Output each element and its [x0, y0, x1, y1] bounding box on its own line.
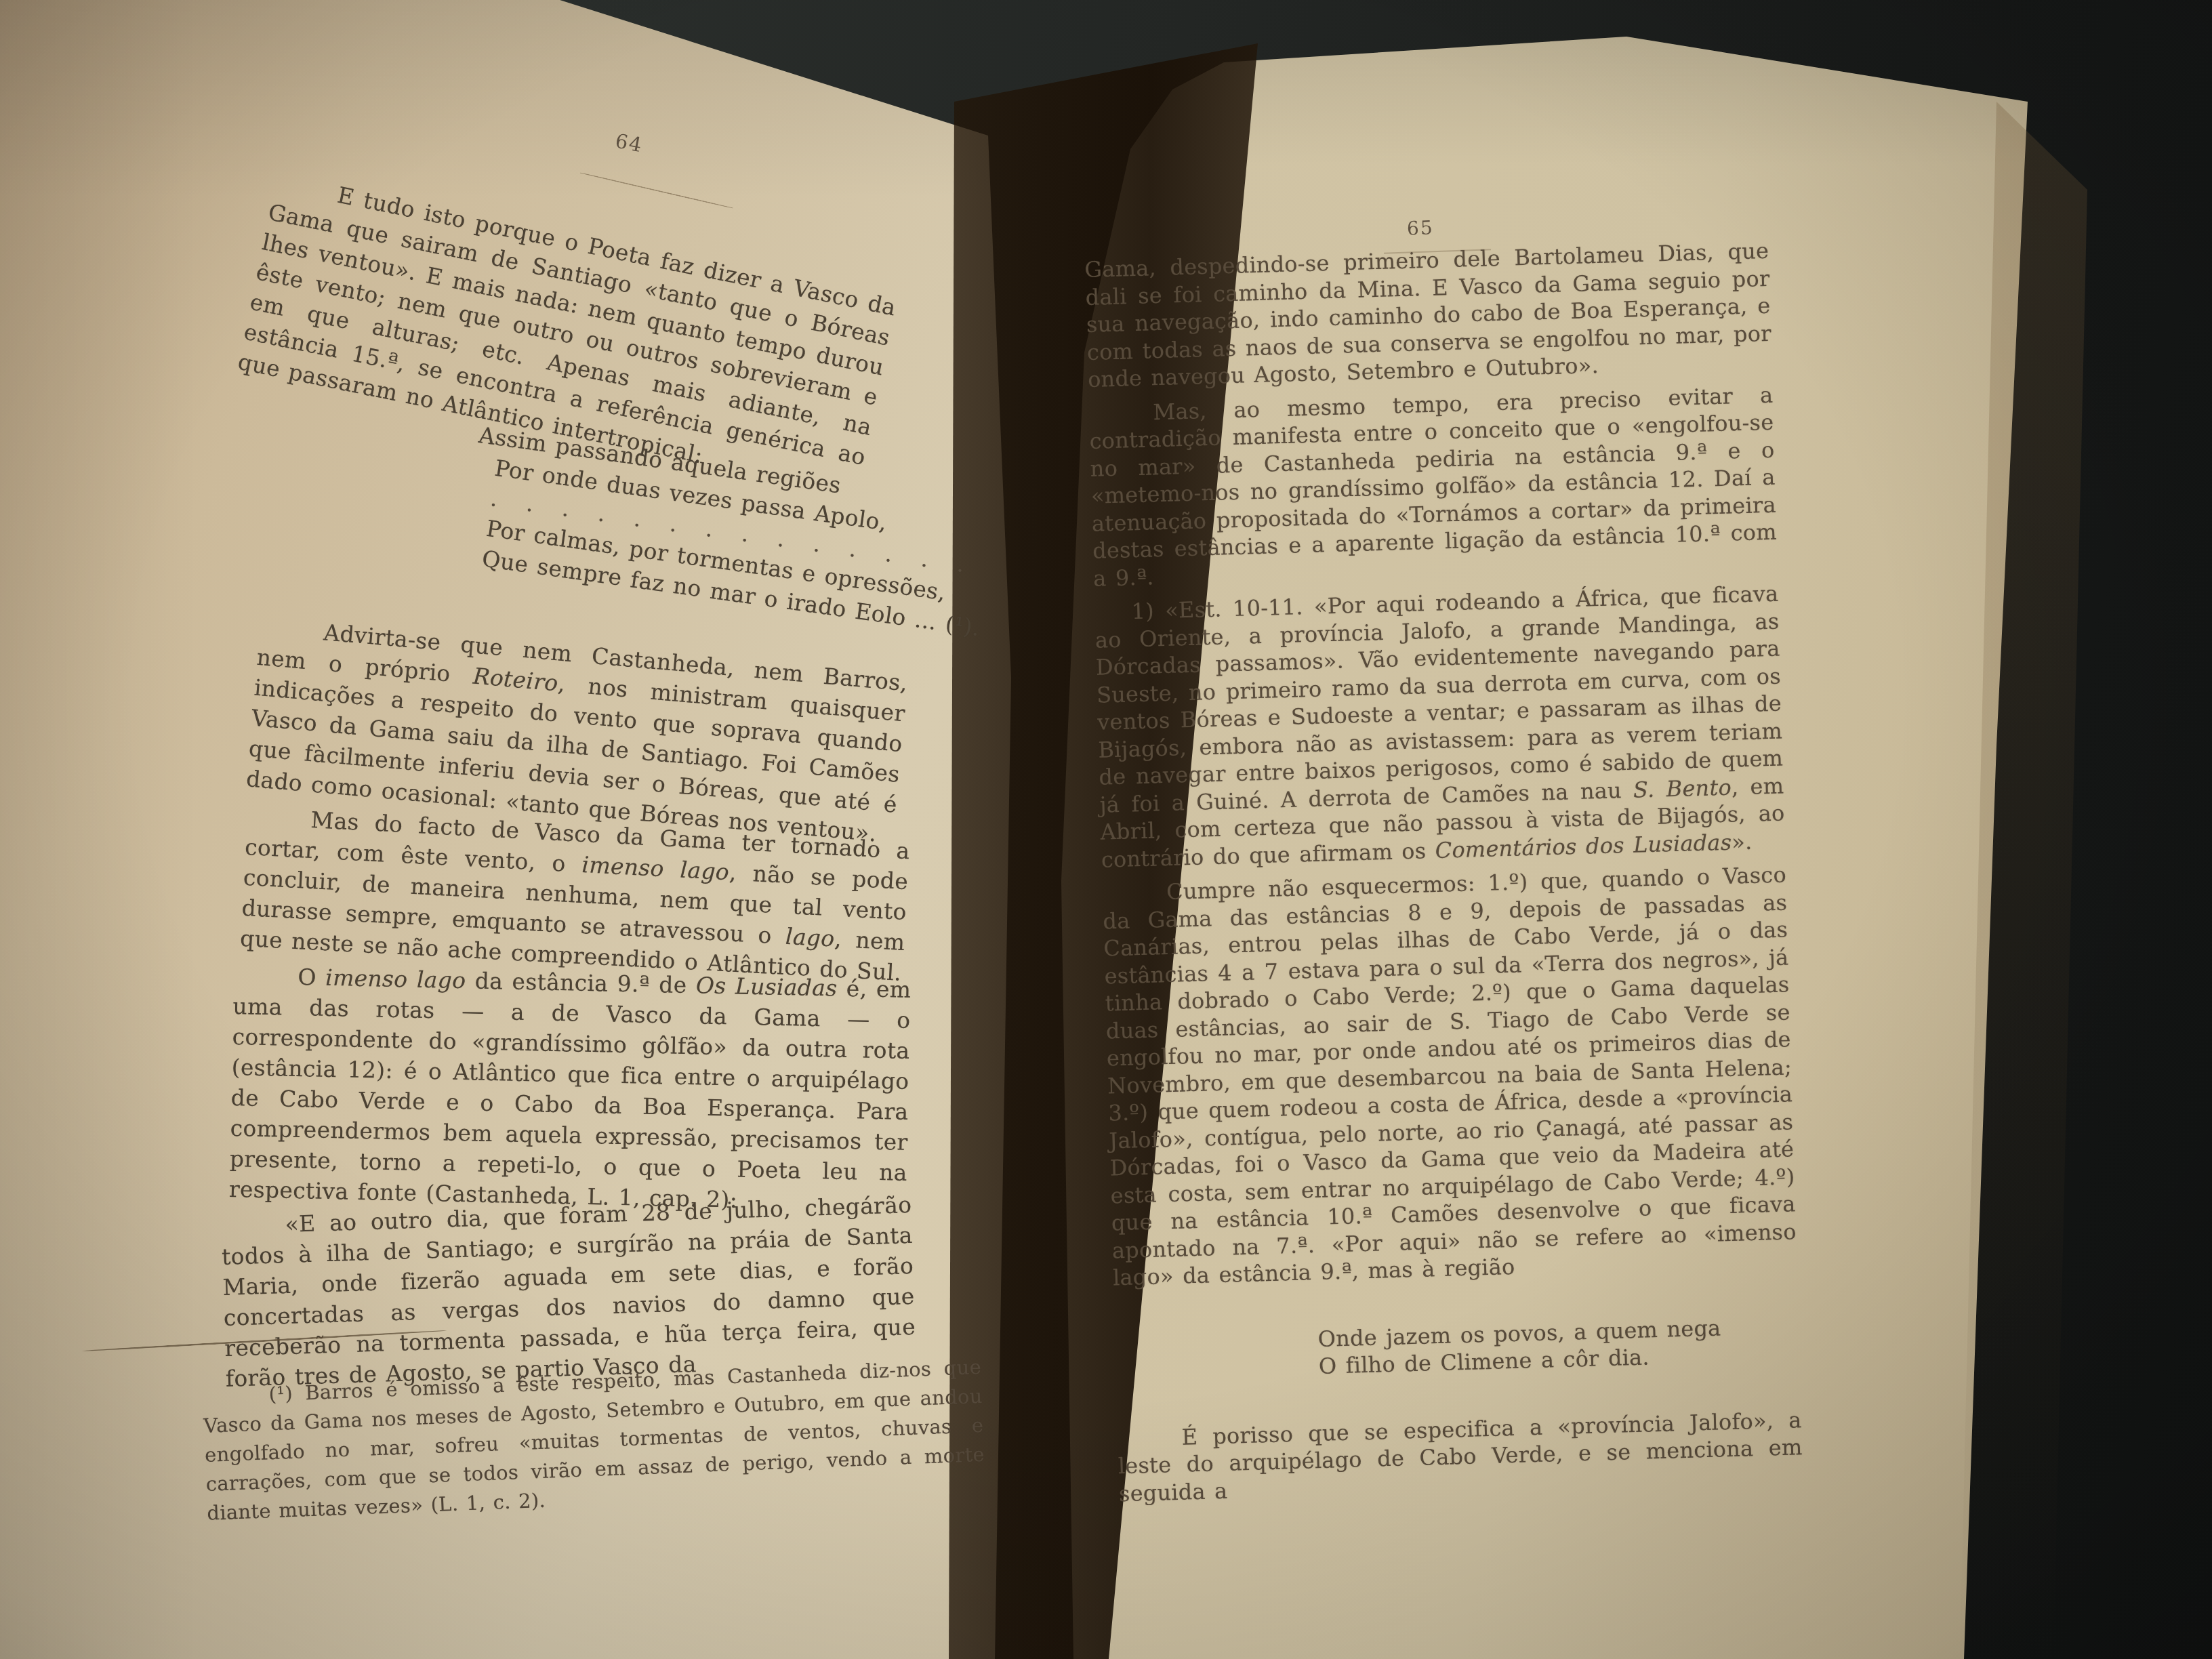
- footnote: (¹) Barros é omisso a êste respeito, mas…: [202, 1353, 986, 1528]
- paragraph: Mas, ao mesmo tempo, era preciso evitar …: [1088, 381, 1778, 592]
- paragraph: O imenso lago da estância 9.ª de Os Lusi…: [228, 960, 911, 1218]
- paragraph: 1) «Est. 10-11. «Por aqui rodeando a Áfr…: [1094, 580, 1786, 874]
- book-photo: 64 65 E tudo isto porque o Poeta faz diz…: [0, 0, 2212, 1659]
- paragraph: Gama, despedindo-se primeiro dele Bartol…: [1084, 237, 1772, 394]
- left-page-text: E tudo isto porque o Poeta faz dizer a V…: [220, 167, 912, 1401]
- paragraph: Cumpre não esquecermos: 1.º) que, quando…: [1102, 861, 1798, 1291]
- page-number-right: 65: [1406, 216, 1434, 239]
- right-page-text: Gama, despedindo-se primeiro dele Bartol…: [1084, 237, 1803, 1514]
- verse-block: Onde jazem os povos, a quem nega O filho…: [1317, 1312, 1800, 1380]
- paragraph: É porisso que se especifica a «província…: [1117, 1406, 1803, 1508]
